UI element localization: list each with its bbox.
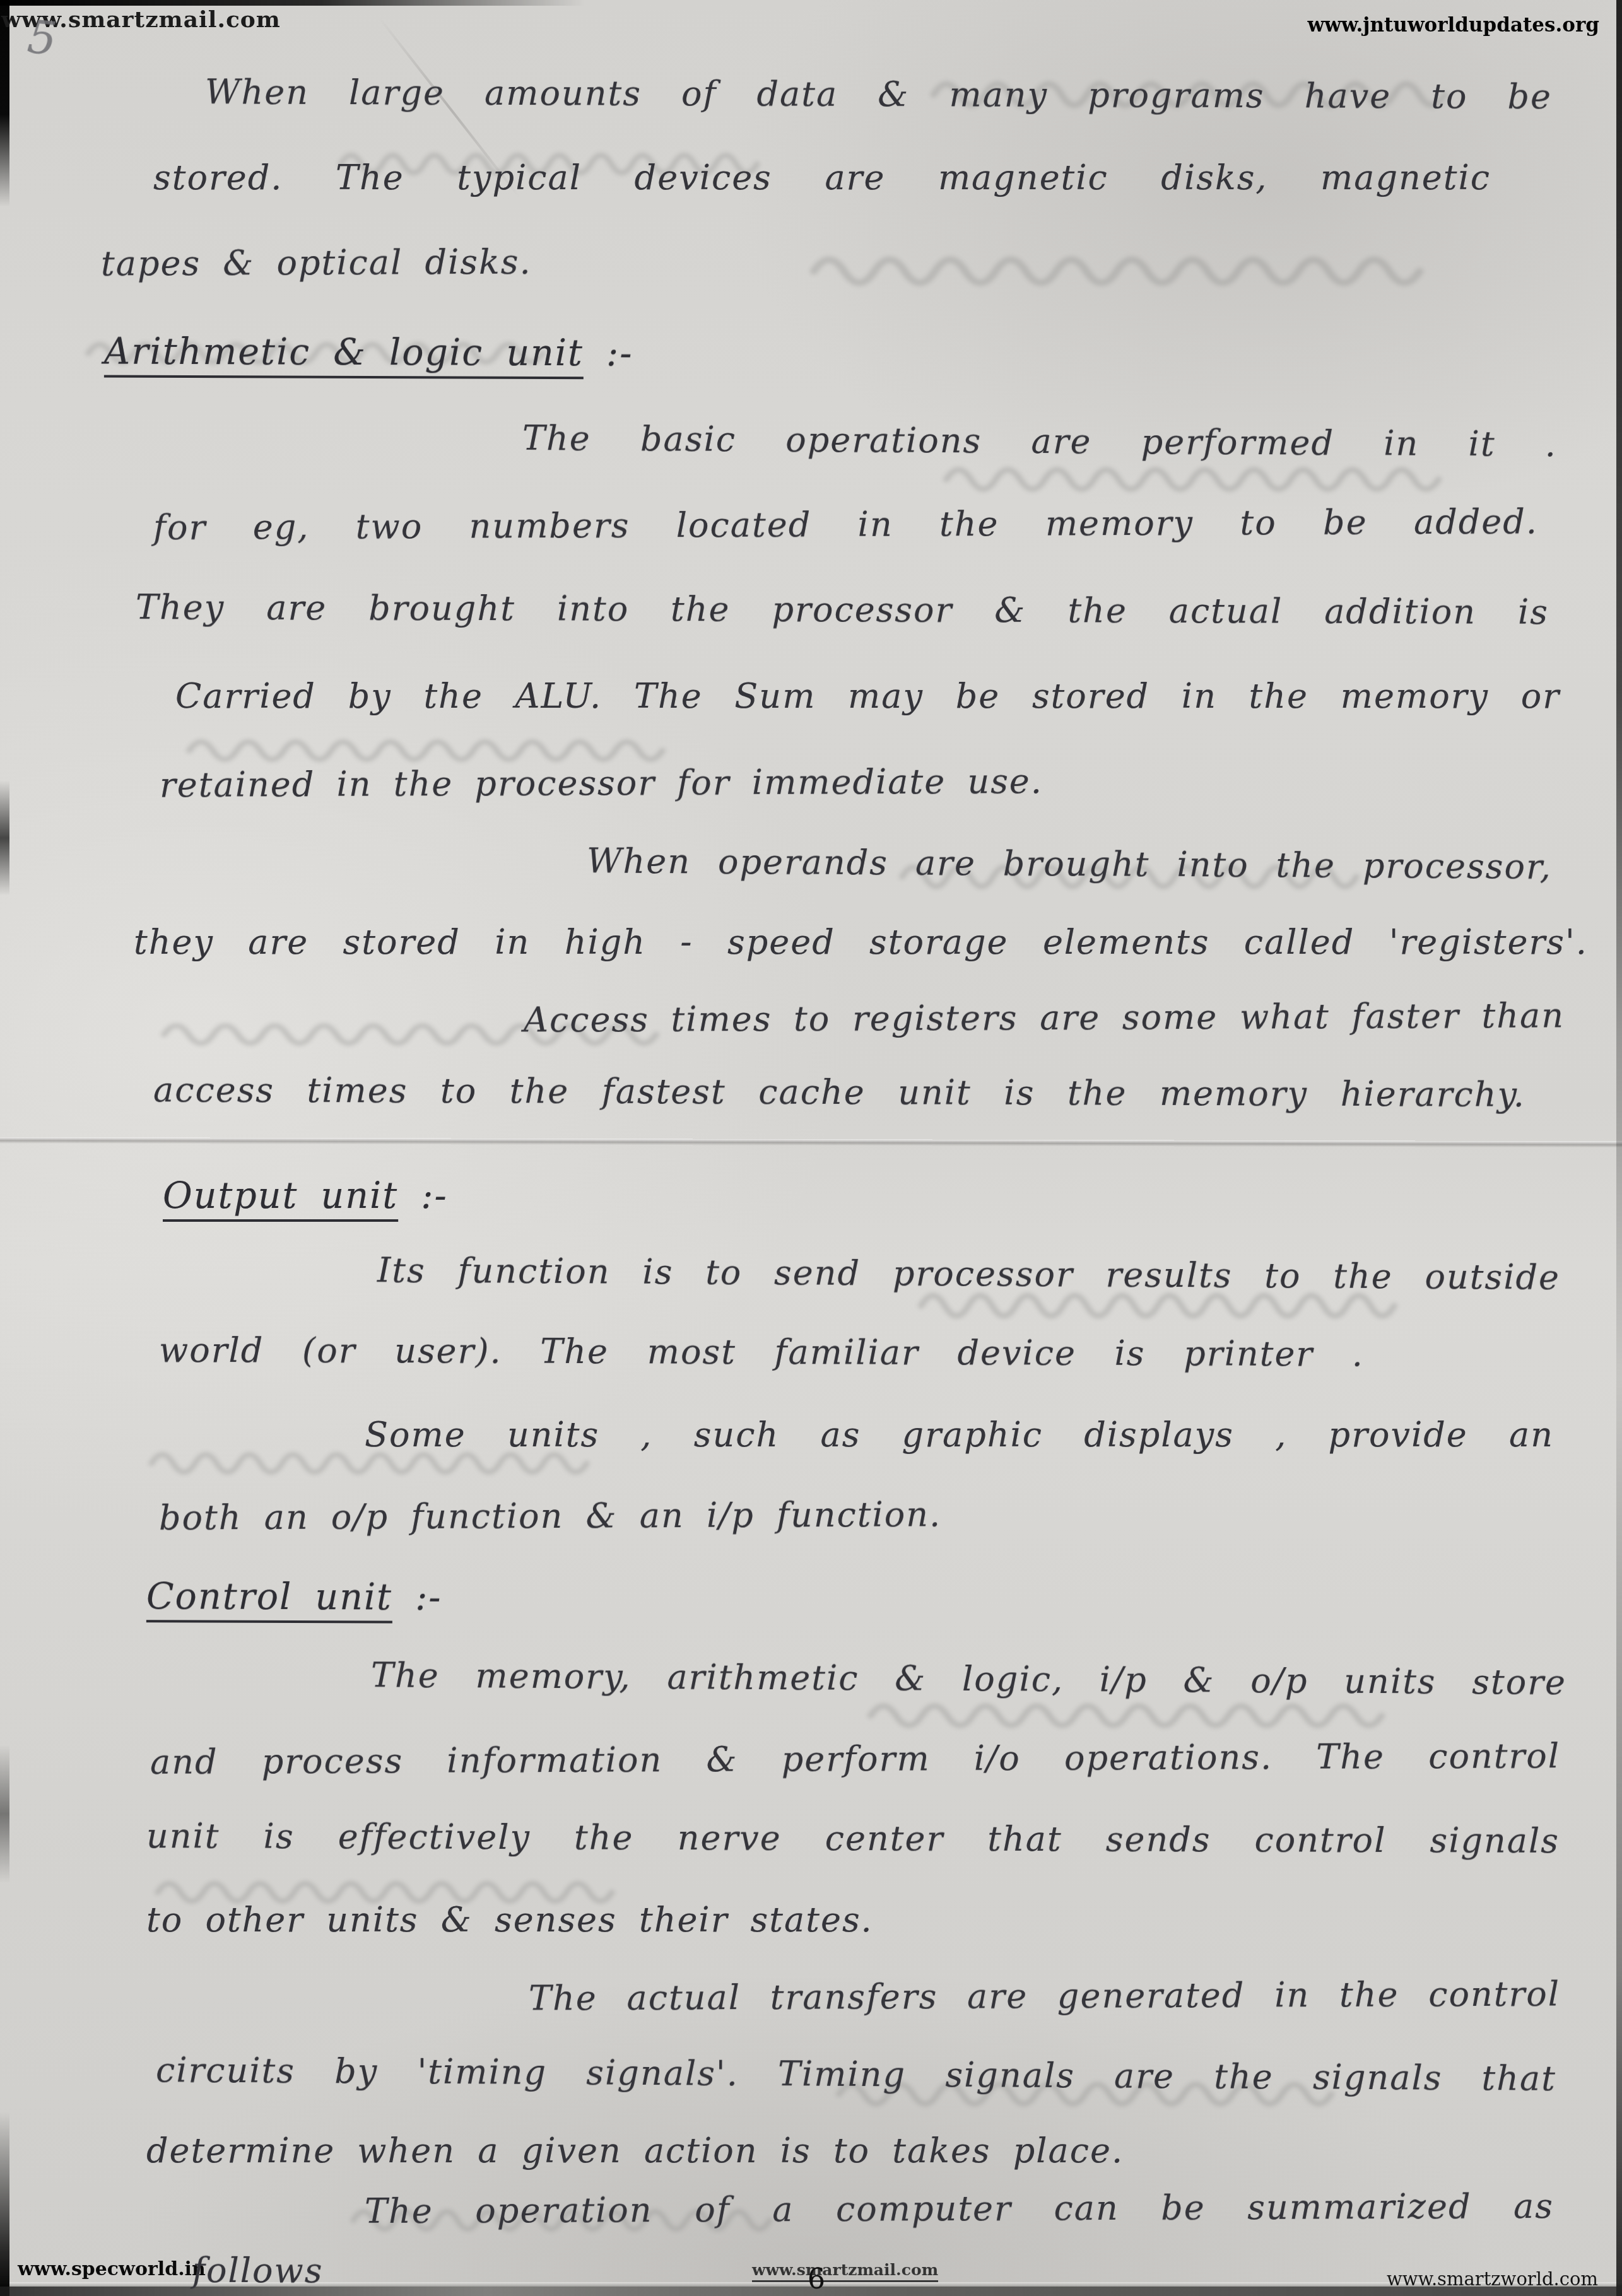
handwritten-line: determine when a given action is to take…: [146, 2131, 1124, 2172]
handwritten-line: access times to the fastest cache unit i…: [153, 1070, 1525, 1115]
watermark-bottom-left: www.specworld.in: [18, 2258, 206, 2280]
handwritten-line: They are brought into the processor & th…: [136, 587, 1549, 633]
scan-edge-left: [0, 0, 9, 2296]
scan-edge-top: [0, 0, 584, 6]
scan-edge-right: [1616, 0, 1622, 2296]
paper-fold-crease: [0, 1137, 1622, 1148]
watermark-top-right: www.jntuworldupdates.org: [1308, 14, 1599, 37]
handwritten-line: When operands are brought into the proce…: [587, 841, 1552, 887]
heading-underlined-text: Output unit: [163, 1175, 398, 1217]
handwritten-line: they are stored in high - speed storage …: [134, 922, 1588, 963]
handwritten-line: stored. The typical devices are magnetic…: [153, 158, 1491, 199]
handwritten-line: The actual transfers are generated in th…: [529, 1974, 1560, 2019]
heading-colon-dash: :-: [398, 1175, 448, 1217]
handwritten-line: Access times to registers are some what …: [524, 995, 1565, 1041]
section-heading: Control unit :-: [146, 1575, 442, 1619]
handwritten-line: The operation of a computer can be summa…: [365, 2186, 1554, 2232]
handwritten-line: tapes & optical disks.: [101, 242, 532, 285]
handwritten-line: The memory, arithmetic & logic, i/p & o/…: [371, 1655, 1566, 1703]
heading-underlined-text: Arithmetic & logic unit: [104, 331, 584, 375]
handwritten-line: follows: [192, 2251, 324, 2292]
heading-colon-dash: :-: [392, 1577, 442, 1619]
handwritten-line: to other units & senses their states.: [146, 1900, 873, 1941]
watermark-bottom-center: www.smartzmail.com: [752, 2261, 938, 2282]
heading-colon-dash: :-: [584, 332, 633, 374]
handwritten-line: retained in the processor for immediate …: [160, 761, 1043, 806]
handwritten-line: The basic operations are performed in it…: [522, 418, 1557, 466]
handwritten-line: Its function is to send processor result…: [377, 1250, 1560, 1298]
section-heading: Output unit :-: [163, 1174, 448, 1217]
handwritten-line: When large amounts of data & many progra…: [205, 72, 1552, 117]
handwritten-line: and process information & perform i/o op…: [150, 1736, 1560, 1783]
page-number-top: 5: [25, 10, 59, 66]
page-number-bottom: 6: [808, 2263, 825, 2295]
scanned-notebook-page: www.smartzmail.com www.jntuworldupdates.…: [0, 0, 1622, 2296]
handwritten-line: circuits by 'timing signals'. Timing sig…: [156, 2050, 1556, 2099]
heading-underlined-text: Control unit: [146, 1576, 392, 1618]
handwritten-line: Some units , such as graphic displays , …: [365, 1415, 1554, 1456]
handwritten-line: unit is effectively the nerve center tha…: [146, 1816, 1560, 1862]
section-heading: Arithmetic & logic unit :-: [104, 331, 633, 375]
handwritten-line: world (or user). The most familiar devic…: [159, 1330, 1364, 1375]
handwritten-line: both an o/p function & an i/p function.: [159, 1494, 942, 1538]
handwritten-line: for eg, two numbers located in the memor…: [153, 501, 1538, 548]
handwritten-line: Carried by the ALU. The Sum may be store…: [175, 676, 1560, 717]
watermark-bottom-right: www.smartzworld.com: [1387, 2268, 1598, 2290]
